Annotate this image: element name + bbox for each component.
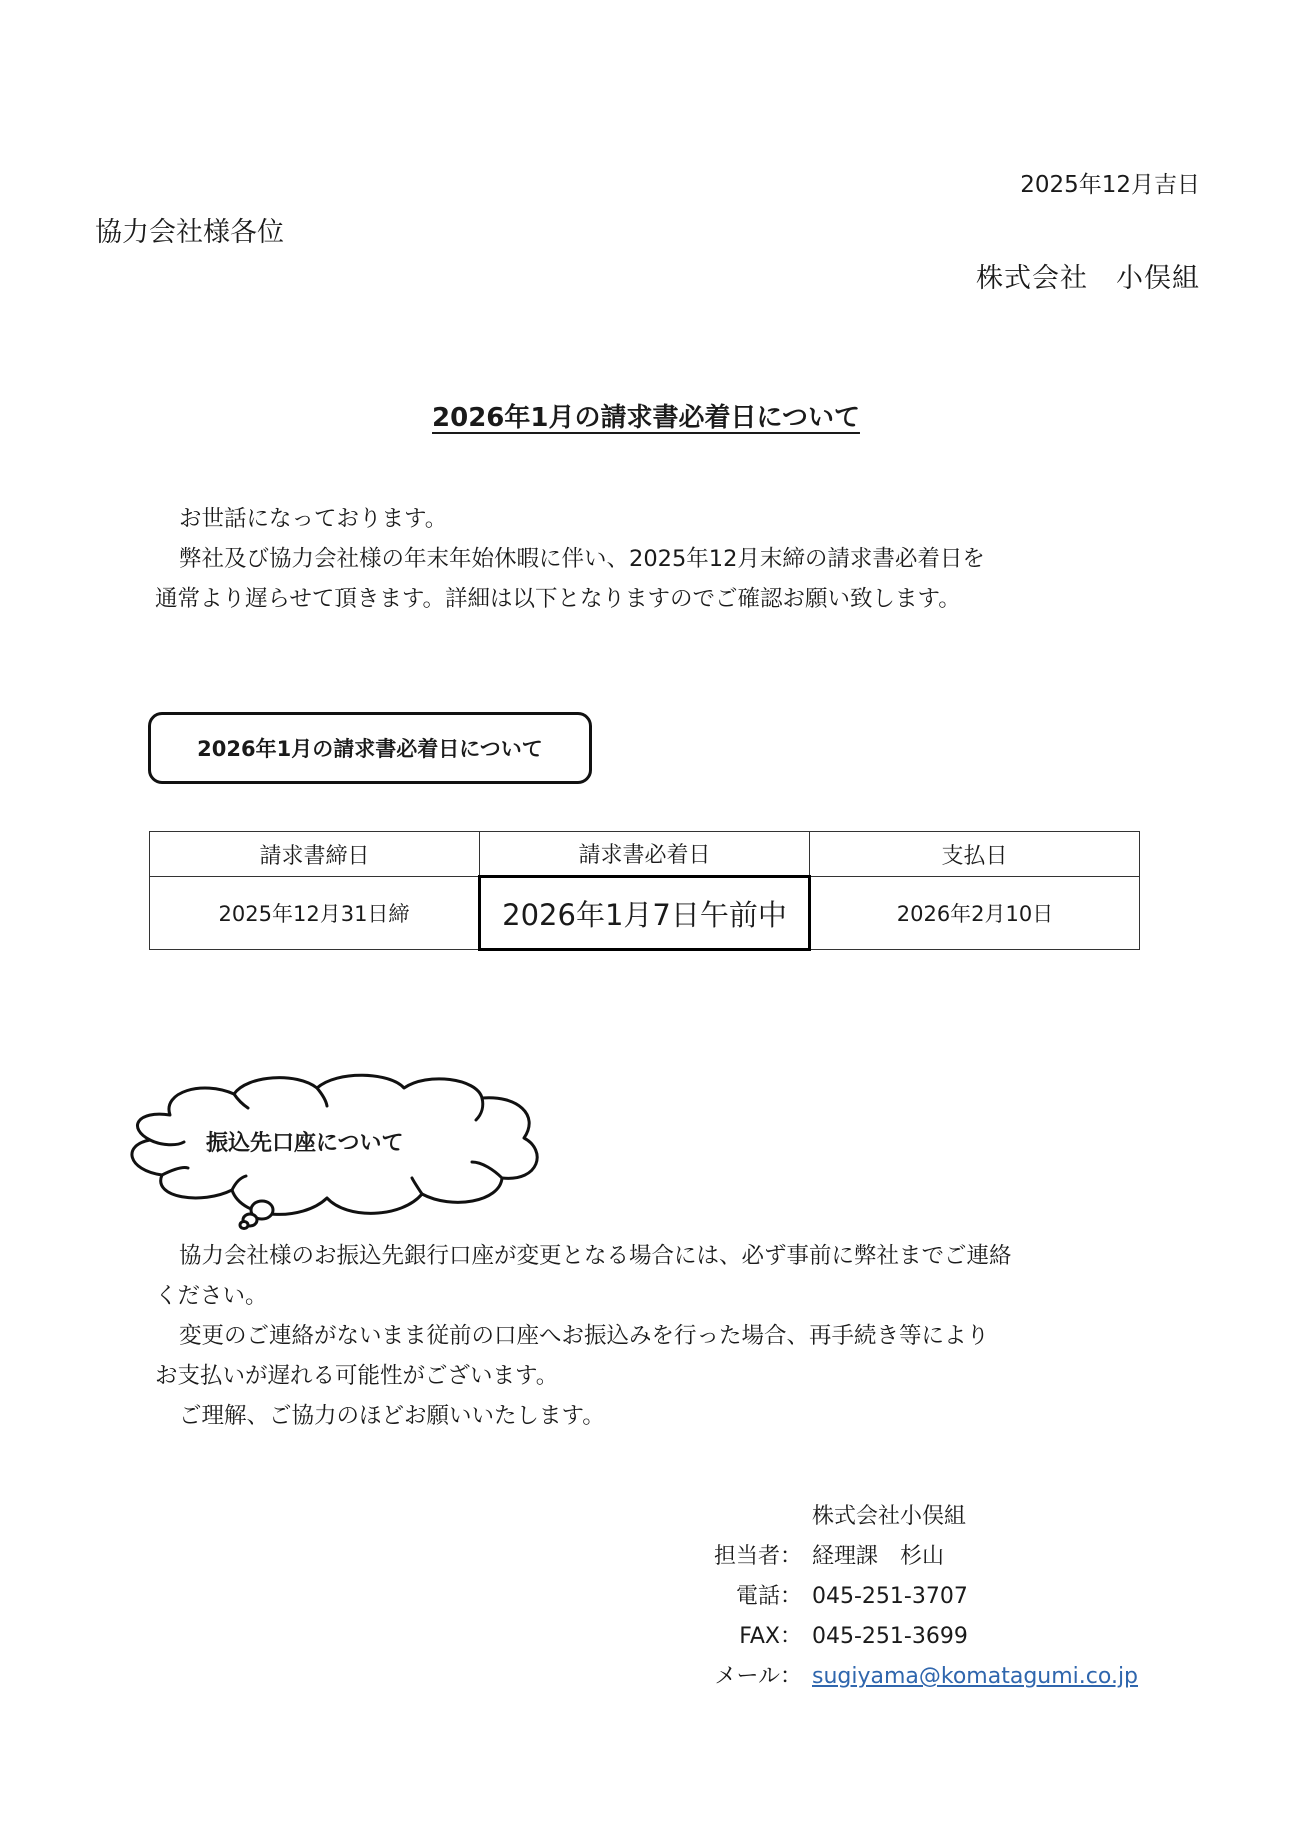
account-notice-paragraph: 協力会社様のお振込先銀行口座が変更となる場合には、必ず事前に弊社までご連絡 くだ… [155,1236,1012,1436]
document-title: 2026年1月の請求書必着日について [0,397,1292,434]
notice-line: 協力会社様のお振込先銀行口座が変更となる場合には、必ず事前に弊社までご連絡 [155,1236,1012,1276]
document-title-text: 2026年1月の請求書必着日について [432,403,860,433]
column-header-arrival-date: 請求書必着日 [480,832,810,877]
intro-line: 通常より遅らせて頂きます。詳細は以下となりますのでご確認お願い致します。 [155,579,985,619]
notice-line: ご理解、ご協力のほどお願いいたします。 [155,1396,1012,1436]
payment-date-cell: 2026年2月10日 [810,877,1140,950]
intro-paragraph: お世話になっております。 弊社及び協力会社様の年末年始休暇に伴い、2025年12… [155,499,985,619]
fax-row: FAX： 045-251-3699 [690,1617,1138,1657]
intro-line: 弊社及び協力会社様の年末年始休暇に伴い、2025年12月末締の請求書必着日を [155,539,985,579]
phone-label: 電話： [690,1577,812,1617]
cloud-heading-text: 振込先口座について [206,1126,404,1157]
table-row: 2025年12月31日締 2026年1月7日午前中 2026年2月10日 [150,877,1140,950]
signature-company: 株式会社小俣組 [812,1497,966,1537]
email-link[interactable]: sugiyama@komatagumi.co.jp [812,1657,1138,1697]
section-heading-text: 2026年1月の請求書必着日について [197,733,543,763]
email-row: メール： sugiyama@komatagumi.co.jp [690,1657,1138,1697]
notice-line: ください。 [155,1276,1012,1316]
column-header-payment-date: 支払日 [810,832,1140,877]
section-heading-box: 2026年1月の請求書必着日について [148,712,592,784]
column-header-closing-date: 請求書締日 [150,832,480,877]
email-label: メール： [690,1657,812,1697]
recipient: 協力会社様各位 [95,210,284,249]
closing-date-cell: 2025年12月31日締 [150,877,480,950]
contact-person-row: 担当者： 経理課 杉山 [690,1537,1138,1577]
table-header-row: 請求書締日 請求書必着日 支払日 [150,832,1140,877]
notice-line: お支払いが遅れる可能性がございます。 [155,1356,1012,1396]
phone-row: 電話： 045-251-3707 [690,1577,1138,1617]
sender-company: 株式会社 小俣組 [976,256,1200,295]
signature-company-row: 株式会社小俣組 [690,1497,1138,1537]
document-date: 2025年12月吉日 [1020,166,1200,199]
intro-line: お世話になっております。 [155,499,985,539]
contact-person-value: 経理課 杉山 [812,1537,944,1577]
fax-value: 045-251-3699 [812,1617,968,1657]
notice-line: 変更のご連絡がないまま従前の口座へお振込みを行った場合、再手続き等により [155,1316,1012,1356]
phone-value: 045-251-3707 [812,1577,968,1617]
signature-block: 株式会社小俣組 担当者： 経理課 杉山 電話： 045-251-3707 FAX… [690,1497,1138,1697]
contact-person-label: 担当者： [690,1537,812,1577]
arrival-date-cell: 2026年1月7日午前中 [480,877,810,950]
schedule-table: 請求書締日 請求書必着日 支払日 2025年12月31日締 2026年1月7日午… [149,831,1140,951]
fax-label: FAX： [690,1617,812,1657]
